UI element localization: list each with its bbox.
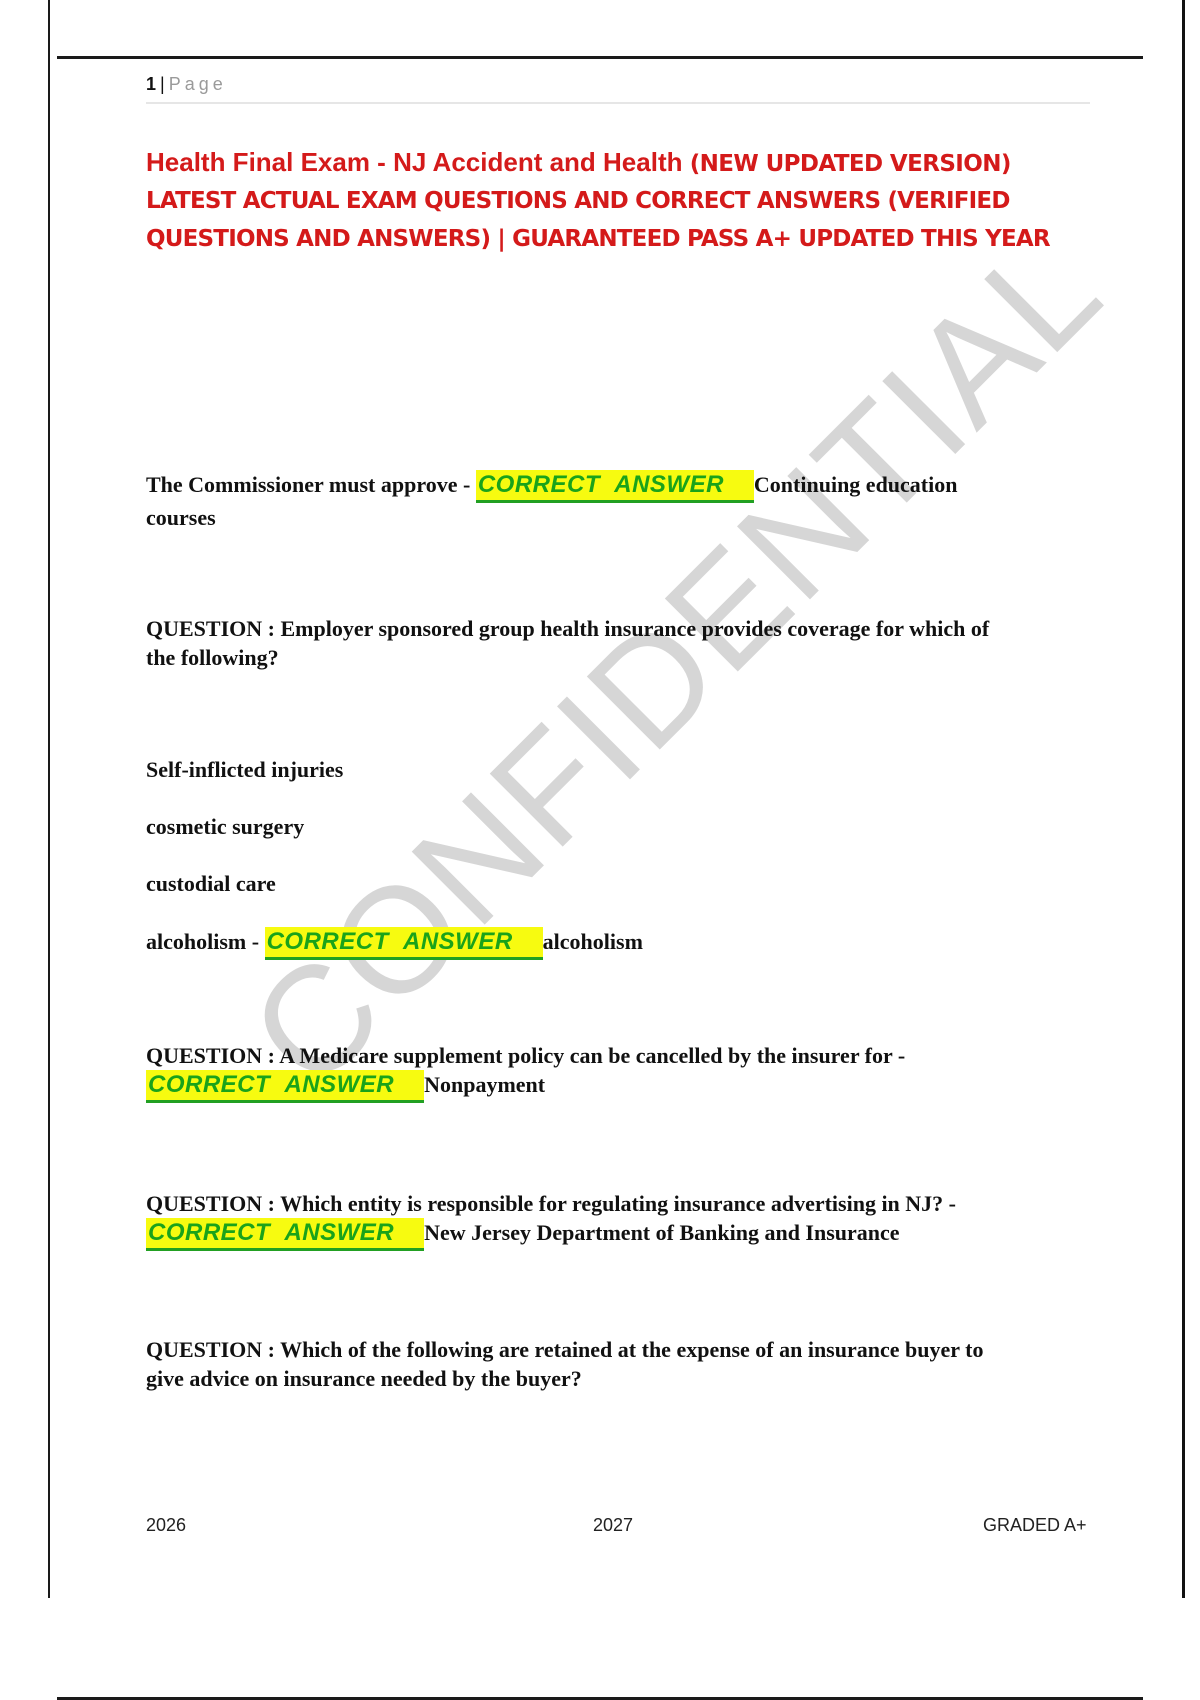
footer-left: 2026 xyxy=(146,1515,186,1536)
qa-item: alcoholism - CORRECT ANSWERalcoholism xyxy=(146,927,1086,960)
option-item: alcoholism - xyxy=(146,929,259,954)
page-separator: | xyxy=(160,74,165,94)
answer-text: Continuing education xyxy=(754,472,958,497)
correct-answer-label: CORRECT ANSWER xyxy=(265,927,543,960)
footer-center: 2027 xyxy=(593,1515,633,1536)
correct-answer-label: CORRECT ANSWER xyxy=(146,1070,424,1103)
question-text-cont: the following? xyxy=(146,645,279,670)
qa-item: QUESTION : A Medicare supplement policy … xyxy=(146,1041,1086,1103)
option-item: custodial care xyxy=(146,869,1086,898)
correct-answer-label: CORRECT ANSWER xyxy=(476,470,754,503)
answer-text-cont: courses xyxy=(146,505,216,530)
option-item: cosmetic surgery xyxy=(146,812,1086,841)
qa-item: The Commissioner must approve - CORRECT … xyxy=(146,470,1086,532)
page-header: 1|Page xyxy=(146,74,1090,104)
option-item: Self-inflicted injuries xyxy=(146,755,1086,784)
page-border-right xyxy=(1182,0,1185,1598)
qa-item: QUESTION : Which of the following are re… xyxy=(146,1335,1086,1393)
top-rule xyxy=(57,56,1143,59)
title-line-3: QUESTIONS AND ANSWERS) | GUARANTEED PASS… xyxy=(146,220,1086,258)
question-text: The Commissioner must approve - xyxy=(146,472,470,497)
qa-item: QUESTION : Employer sponsored group heal… xyxy=(146,614,1086,672)
question-text: QUESTION : Employer sponsored group heal… xyxy=(146,616,989,641)
correct-answer-label: CORRECT ANSWER xyxy=(146,1218,424,1251)
confidential-watermark: CONFIDENTIAL xyxy=(216,333,1003,1120)
document-title: Health Final Exam - NJ Accident and Heal… xyxy=(146,144,1086,258)
qa-item: QUESTION : Which entity is responsible f… xyxy=(146,1189,1086,1251)
question-text-cont: give advice on insurance needed by the b… xyxy=(146,1366,582,1391)
question-text: QUESTION : Which entity is responsible f… xyxy=(146,1191,956,1216)
footer-right: GRADED A+ xyxy=(983,1515,1087,1536)
question-text: QUESTION : Which of the following are re… xyxy=(146,1337,983,1362)
page-border-left xyxy=(48,0,50,1598)
answer-text: alcoholism xyxy=(543,929,643,954)
title-line-1: Health Final Exam - NJ Accident and Heal… xyxy=(146,147,683,177)
page-label: Page xyxy=(169,74,227,94)
question-text: QUESTION : A Medicare supplement policy … xyxy=(146,1043,905,1068)
title-version-note: (NEW UPDATED VERSION) xyxy=(690,151,1011,177)
page-number: 1 xyxy=(146,74,156,94)
answer-text: New Jersey Department of Banking and Ins… xyxy=(424,1220,899,1245)
answer-text: Nonpayment xyxy=(424,1072,545,1097)
title-line-2: LATEST ACTUAL EXAM QUESTIONS AND CORRECT… xyxy=(146,182,1086,220)
